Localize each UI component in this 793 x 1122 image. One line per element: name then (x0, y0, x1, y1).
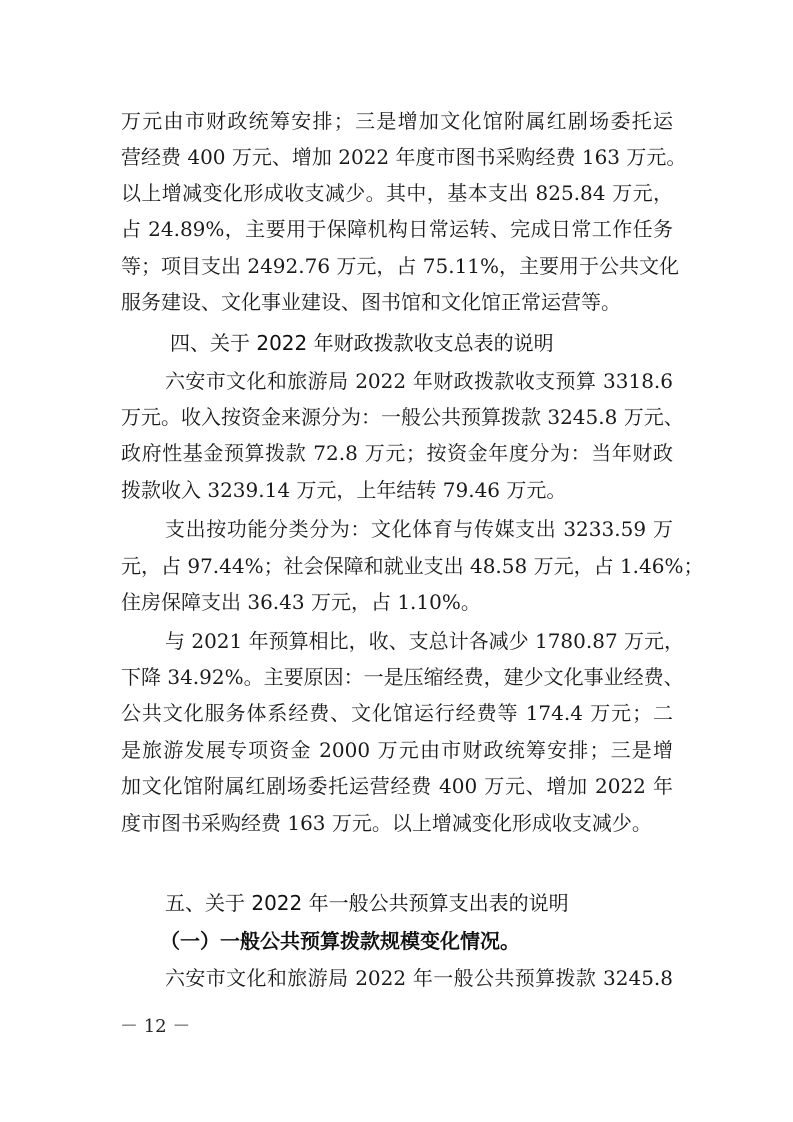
text-line: 以上增减变化形成收支减少。其中，基本支出 825.84 万元， (121, 178, 673, 208)
text-line: 等；项目支出 2492.76 万元，占 75.11%，主要用于公共文化 (121, 251, 673, 281)
text-line: 拨款收入 3239.14 万元，上年结转 79.46 万元。 (121, 475, 673, 505)
text-line: 元，占 97.44%；社会保障和就业支出 48.58 万元，占 1.46%； (121, 551, 673, 581)
text-line: 万元。收入按资金来源分为：一般公共预算拨款 3245.8 万元、 (121, 402, 673, 432)
text-line: 度市图书采购经费 163 万元。以上增减变化形成收支减少。 (121, 808, 673, 838)
section-heading-5: 五、关于 2022 年一般公共预算支出表的说明 (165, 888, 569, 918)
subsection-heading-1: （一）一般公共预算拨款规模变化情况。 (160, 926, 520, 956)
section-heading-4: 四、关于 2022 年财政拨款收支总表的说明 (170, 328, 554, 358)
text-line: 下降 34.92%。主要原因：一是压缩经费，建少文化事业经费、 (121, 662, 673, 692)
text-line: 营经费 400 万元、增加 2022 年度市图书采购经费 163 万元。 (121, 142, 673, 172)
document-page: 万元由市财政统筹安排；三是增加文化馆附属红剧场委托运 营经费 400 万元、增加… (0, 0, 793, 1122)
text-line: 六安市文化和旅游局 2022 年一般公共预算拨款 3245.8 (165, 963, 673, 993)
text-line: 服务建设、文化事业建设、图书馆和文化馆正常运营等。 (121, 287, 673, 317)
text-line: 公共文化服务体系经费、文化馆运行经费等 174.4 万元；二 (121, 698, 673, 728)
text-line: 占 24.89%，主要用于保障机构日常运转、完成日常工作任务 (121, 214, 673, 244)
text-line: 加文化馆附属红剧场委托运营经费 400 万元、增加 2022 年 (121, 771, 673, 801)
text-line: 住房保障支出 36.43 万元，占 1.10%。 (121, 587, 673, 617)
text-line: 支出按功能分类分为：文化体育与传媒支出 3233.59 万 (165, 514, 673, 544)
text-line: 与 2021 年预算相比，收、支总计各减少 1780.87 万元， (165, 626, 673, 656)
text-line: 万元由市财政统筹安排；三是增加文化馆附属红剧场委托运 (121, 106, 673, 136)
page-number: － 12 － (120, 1014, 190, 1040)
text-line: 政府性基金预算拨款 72.8 万元；按资金年度分为：当年财政 (121, 438, 673, 468)
text-line: 六安市文化和旅游局 2022 年财政拨款收支预算 3318.6 (165, 366, 673, 396)
text-line: 是旅游发展专项资金 2000 万元由市财政统筹安排；三是增 (121, 735, 673, 765)
